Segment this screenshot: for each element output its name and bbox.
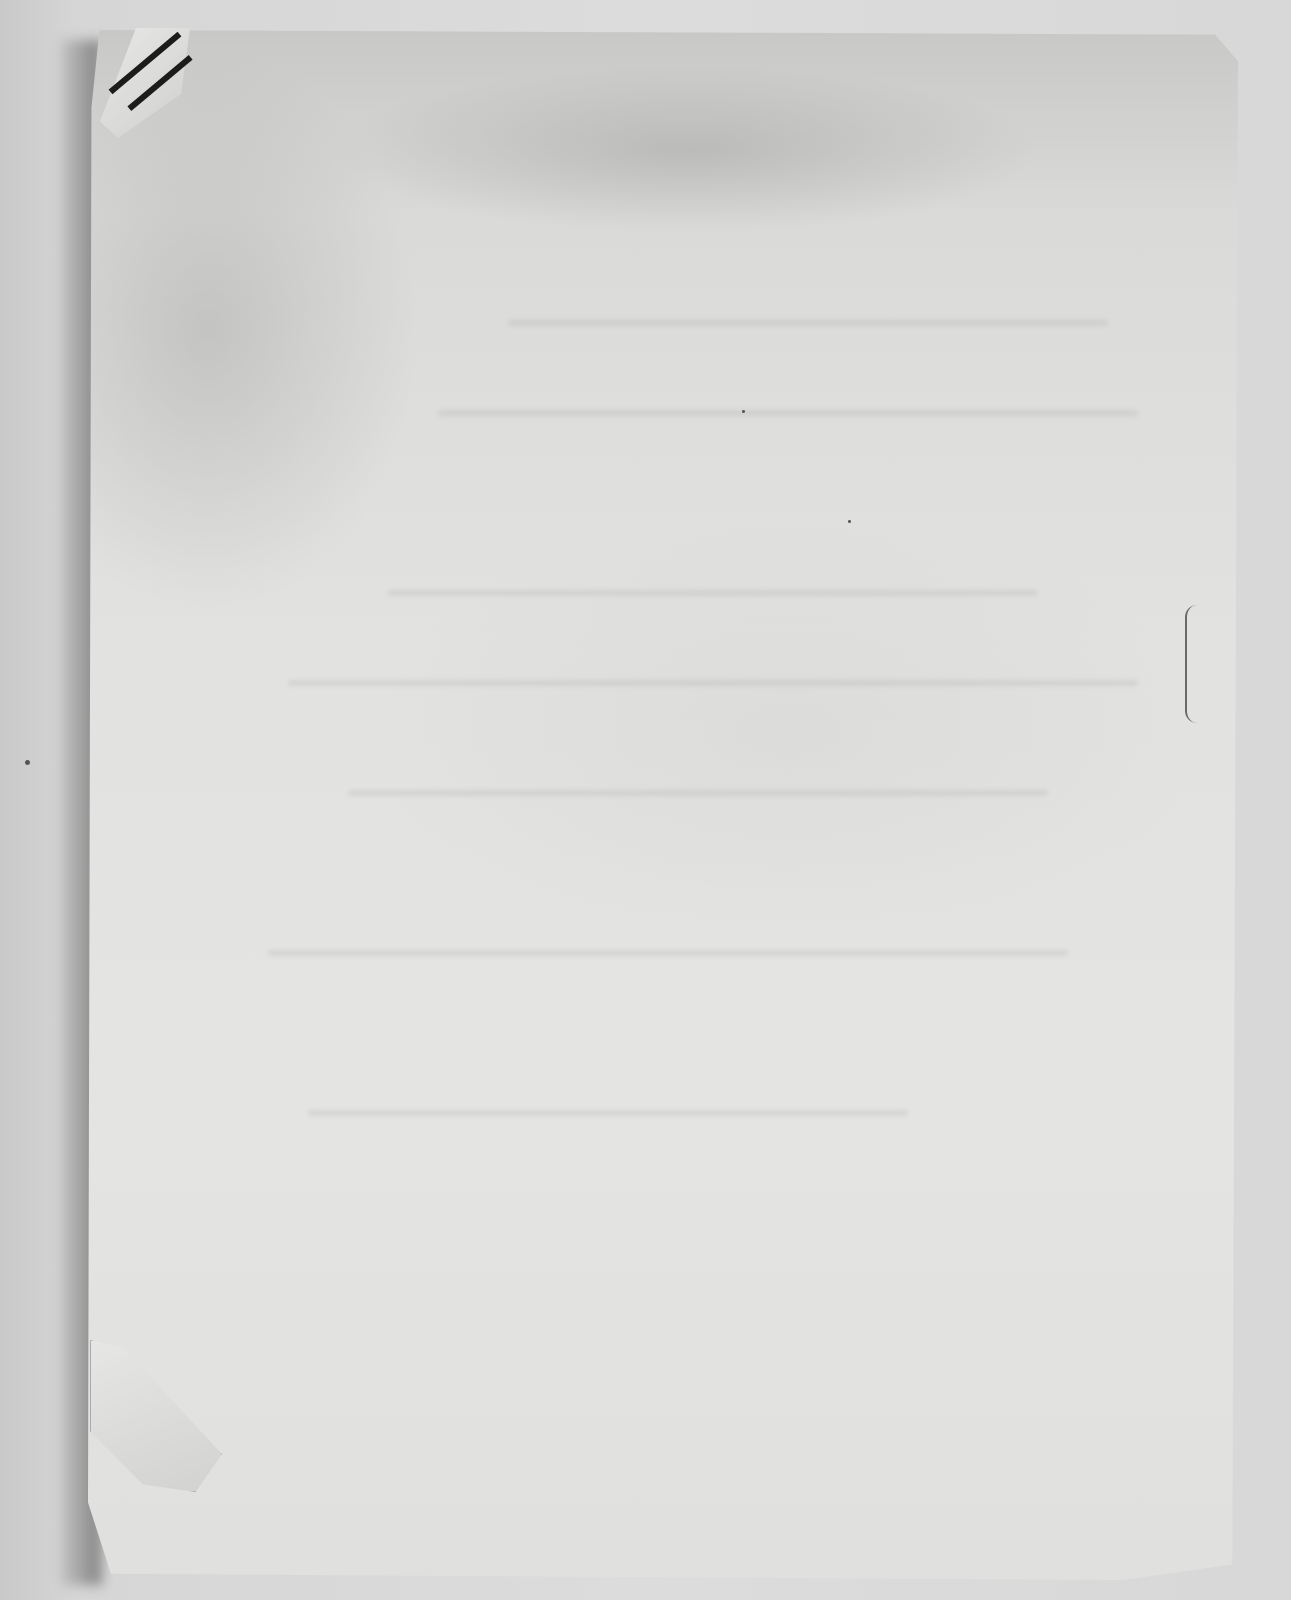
bleed-through-line xyxy=(388,590,1038,596)
bleed-through-line xyxy=(438,410,1138,416)
bleed-through-line xyxy=(288,680,1138,686)
bleed-through-line xyxy=(268,950,1068,956)
speck xyxy=(848,520,851,523)
paper-sheet xyxy=(88,30,1238,1580)
speck xyxy=(25,760,30,765)
bleed-through-line xyxy=(508,320,1108,326)
bleed-through-line xyxy=(308,1110,908,1116)
speck xyxy=(742,410,745,413)
thread-loop xyxy=(1185,605,1209,723)
bleed-through-line xyxy=(348,790,1048,796)
